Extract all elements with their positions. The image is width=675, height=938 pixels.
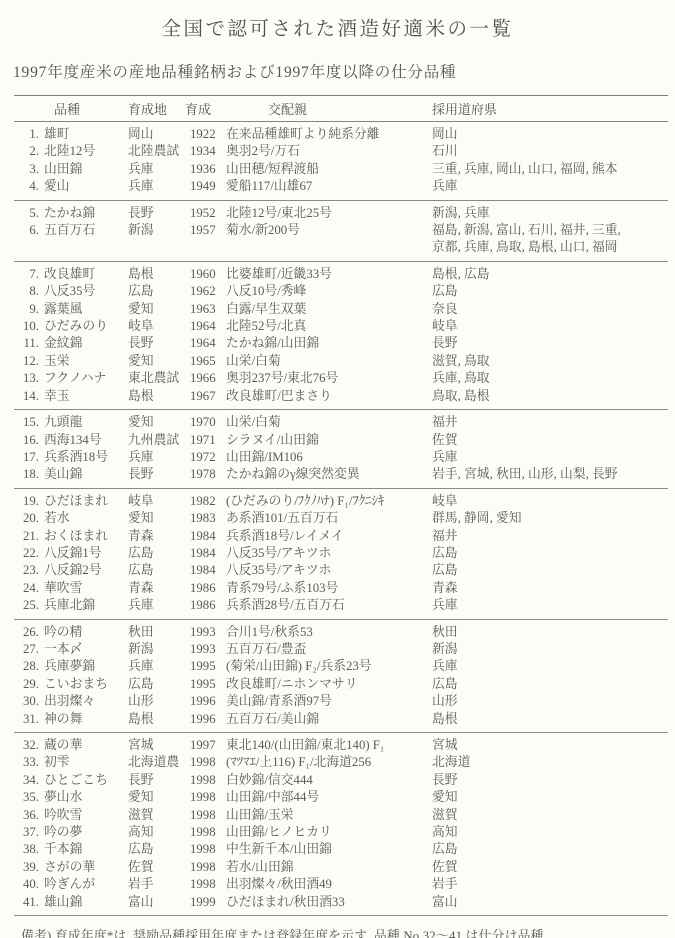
cell-name: 若水: [42, 510, 128, 527]
cell-parents: 八反35号/アキツホ: [226, 545, 432, 562]
cell-name: 兵系酒18号: [42, 449, 128, 466]
cell-name: 露葉風: [42, 301, 128, 318]
cell-name: 神の舞: [42, 711, 128, 728]
table-row: 11.金紋錦長野1964たかね錦/山田錦長野: [14, 335, 668, 352]
cell-prefectures: 島根: [432, 711, 668, 728]
cell-year: 1967: [190, 388, 226, 405]
cell-origin: 北海道農: [128, 754, 190, 771]
cell-prefectures: 北海道: [432, 754, 668, 771]
cell-year: 1996: [190, 711, 226, 728]
cell-year: 1998: [190, 876, 226, 893]
cell-parents: 出羽燦々/秋田酒49: [226, 876, 432, 893]
row-group-7: 32.蔵の華宮城1997東北140/(山田錦/東北140) F₁宮城33.初雫北…: [14, 733, 668, 916]
cell-prefectures: 島根, 広島: [432, 266, 668, 283]
cell-prefectures: 広島: [432, 676, 668, 693]
cell-no: 2.: [14, 143, 42, 160]
cell-prefectures: 富山: [432, 894, 668, 911]
table-row: 22.八反錦1号広島1984八反35号/アキツホ広島: [14, 545, 668, 562]
cell-parents: (ﾏﾂﾏｴ/上116) F₁/北海道256: [226, 754, 432, 771]
cell-prefectures: 岩手, 宮城, 秋田, 山形, 山梨, 長野: [432, 466, 668, 483]
rice-variety-table: 品種 育成地 育成 交配親 採用道府県 1.雄町岡山1922在来品種雄町より純系…: [14, 95, 668, 916]
row-group-4: 15.九頭龍愛知1970山栄/白菊福井16.西海134号九州農試1971シラヌイ…: [14, 410, 668, 489]
cell-year: 1978: [190, 466, 226, 483]
cell-year: 1960: [190, 266, 226, 283]
cell-year: 1984: [190, 545, 226, 562]
cell-year: 1957: [190, 222, 226, 257]
cell-origin: 東北農試: [128, 370, 190, 387]
cell-prefectures: 佐賀: [432, 432, 668, 449]
table-row: 38.千本錦広島1998中生新千本/山田錦広島: [14, 841, 668, 858]
cell-name: 夢山水: [42, 789, 128, 806]
cell-origin: 兵庫: [128, 597, 190, 614]
cell-year: 1999: [190, 894, 226, 911]
cell-name: 金紋錦: [42, 335, 128, 352]
cell-year: 1998: [190, 772, 226, 789]
cell-no: 21.: [14, 528, 42, 545]
row-group-2: 5.たかね錦長野1952北陸12号/東北25号新潟, 兵庫6.五百万石新潟195…: [14, 201, 668, 262]
cell-no: 38.: [14, 841, 42, 858]
table-row: 12.玉栄愛知1965山栄/白菊滋賀, 鳥取: [14, 353, 668, 370]
col-header-variety: 品種: [14, 99, 128, 118]
cell-origin: 愛知: [128, 789, 190, 806]
cell-prefectures: 福井: [432, 414, 668, 431]
cell-name: 改良雄町: [42, 266, 128, 283]
cell-year: 1964: [190, 318, 226, 335]
col-header-prefectures: 採用道府県: [432, 99, 668, 118]
table-row: 13.フクノハナ東北農試1966奥羽237号/東北76号兵庫, 鳥取: [14, 370, 668, 387]
table-row: 8.八反35号広島1962八反10号/秀峰広島: [14, 283, 668, 300]
cell-year: 1993: [190, 624, 226, 641]
table-row: 1.雄町岡山1922在来品種雄町より純系分離岡山: [14, 126, 668, 143]
document-page: 全国で認可された酒造好適米の一覧 1997年度産米の産地品種銘柄および1997年…: [0, 0, 675, 938]
cell-prefectures: 新潟, 兵庫: [432, 205, 668, 222]
cell-parents: 若水/山田錦: [226, 859, 432, 876]
cell-parents: 菊水/新200号: [226, 222, 432, 257]
table-row: 27.一本〆新潟1993五百万石/豊盃新潟: [14, 641, 668, 658]
cell-name: 兵庫夢錦: [42, 658, 128, 675]
table-row: 32.蔵の華宮城1997東北140/(山田錦/東北140) F₁宮城: [14, 737, 668, 754]
cell-origin: 兵庫: [128, 161, 190, 178]
cell-prefectures: 兵庫: [432, 658, 668, 675]
cell-name: こいおまち: [42, 676, 128, 693]
cell-origin: 愛知: [128, 510, 190, 527]
cell-name: 愛山: [42, 178, 128, 195]
cell-prefectures: 広島: [432, 841, 668, 858]
cell-prefectures: 新潟: [432, 641, 668, 658]
cell-year: 1984: [190, 528, 226, 545]
page-title: 全国で認可された酒造好適米の一覧: [0, 0, 675, 41]
cell-name: ひだほまれ: [42, 493, 128, 510]
table-row: 5.たかね錦長野1952北陸12号/東北25号新潟, 兵庫: [14, 205, 668, 222]
cell-no: 24.: [14, 580, 42, 597]
cell-parents: (菊栄/山田錦) F₂/兵系23号: [226, 658, 432, 675]
cell-prefectures: 滋賀, 鳥取: [432, 353, 668, 370]
cell-no: 25.: [14, 597, 42, 614]
table-row: 16.西海134号九州農試1971シラヌイ/山田錦佐賀: [14, 432, 668, 449]
row-group-3: 7.改良雄町島根1960比婆雄町/近畿33号島根, 広島8.八反35号広島196…: [14, 262, 668, 410]
cell-parents: 在来品種雄町より純系分離: [226, 126, 432, 143]
table-row: 39.さがの華佐賀1998若水/山田錦佐賀: [14, 859, 668, 876]
cell-origin: 北陸農試: [128, 143, 190, 160]
footnote: 備考) 育成年度*は, 奨励品種採用年度または登録年度を示す. 品種 No 32…: [21, 925, 675, 938]
cell-year: 1971: [190, 432, 226, 449]
col-header-parents: 交配親: [226, 99, 432, 118]
cell-origin: 長野: [128, 335, 190, 352]
cell-year: 1998: [190, 841, 226, 858]
cell-prefectures: 長野: [432, 772, 668, 789]
cell-year: 1964: [190, 335, 226, 352]
cell-name: 華吹雪: [42, 580, 128, 597]
cell-origin: 青森: [128, 580, 190, 597]
cell-year: 1962: [190, 283, 226, 300]
table-row: 30.出羽燦々山形1996美山錦/青系酒97号山形: [14, 693, 668, 710]
cell-parents: 兵系酒28号/五百万石: [226, 597, 432, 614]
table-row: 19.ひだほまれ岐阜1982(ひだみのり/ﾌｸﾉﾊﾅ) F₁/ﾌｸﾆｼｷ岐阜: [14, 493, 668, 510]
cell-origin: 滋賀: [128, 807, 190, 824]
table-row: 31.神の舞島根1996五百万石/美山錦島根: [14, 711, 668, 728]
table-row: 3.山田錦兵庫1936山田穂/短稈渡船三重, 兵庫, 岡山, 山口, 福岡, 熊…: [14, 161, 668, 178]
cell-parents: あ系酒101/五百万石: [226, 510, 432, 527]
cell-parents: 山田錦/ヒノヒカリ: [226, 824, 432, 841]
cell-no: 10.: [14, 318, 42, 335]
table-row: 7.改良雄町島根1960比婆雄町/近畿33号島根, 広島: [14, 266, 668, 283]
cell-parents: ひだほまれ/秋田酒33: [226, 894, 432, 911]
col-header-year: 育成: [185, 99, 226, 118]
cell-prefectures: 愛知: [432, 789, 668, 806]
cell-origin: 岡山: [128, 126, 190, 143]
table-row: 33.初雫北海道農1998(ﾏﾂﾏｴ/上116) F₁/北海道256北海道: [14, 754, 668, 771]
cell-parents: 山田錦/中部44号: [226, 789, 432, 806]
cell-origin: 新潟: [128, 641, 190, 658]
cell-parents: 五百万石/豊盃: [226, 641, 432, 658]
table-row: 20.若水愛知1983あ系酒101/五百万石群馬, 静岡, 愛知: [14, 510, 668, 527]
cell-year: 1966: [190, 370, 226, 387]
cell-origin: 広島: [128, 841, 190, 858]
cell-year: 1936: [190, 161, 226, 178]
cell-name: ひとごこち: [42, 772, 128, 789]
cell-origin: 青森: [128, 528, 190, 545]
cell-parents: 山田錦/IM106: [226, 449, 432, 466]
cell-origin: 愛知: [128, 353, 190, 370]
table-row: 25.兵庫北錦兵庫1986兵系酒28号/五百万石兵庫: [14, 597, 668, 614]
cell-parents: たかね錦/山田錦: [226, 335, 432, 352]
cell-name: 出羽燦々: [42, 693, 128, 710]
cell-parents: 八反35号/アキツホ: [226, 562, 432, 579]
cell-parents: 中生新千本/山田錦: [226, 841, 432, 858]
table-row: 2.北陸12号北陸農試1934奥羽2号/万石石川: [14, 143, 668, 160]
cell-origin: 愛知: [128, 414, 190, 431]
cell-no: 22.: [14, 545, 42, 562]
cell-no: 34.: [14, 772, 42, 789]
table-row: 28.兵庫夢錦兵庫1995(菊栄/山田錦) F₂/兵系23号兵庫: [14, 658, 668, 675]
cell-no: 36.: [14, 807, 42, 824]
cell-name: 八反錦2号: [42, 562, 128, 579]
cell-no: 39.: [14, 859, 42, 876]
cell-prefectures: 岐阜: [432, 318, 668, 335]
cell-parents: 北陸52号/北真: [226, 318, 432, 335]
cell-no: 18.: [14, 466, 42, 483]
cell-origin: 秋田: [128, 624, 190, 641]
row-group-6: 26.吟の精秋田1993合川1号/秋系53秋田27.一本〆新潟1993五百万石/…: [14, 620, 668, 733]
cell-origin: 岐阜: [128, 493, 190, 510]
cell-parents: 山栄/白菊: [226, 414, 432, 431]
cell-prefectures: 福島, 新潟, 富山, 石川, 福井, 三重, 京都, 兵庫, 鳥取, 島根, …: [432, 222, 668, 257]
cell-parents: たかね錦のγ線突然変異: [226, 466, 432, 483]
cell-origin: 九州農試: [128, 432, 190, 449]
cell-name: 兵庫北錦: [42, 597, 128, 614]
cell-prefectures: 佐賀: [432, 859, 668, 876]
cell-no: 41.: [14, 894, 42, 911]
cell-prefectures: 石川: [432, 143, 668, 160]
cell-no: 5.: [14, 205, 42, 222]
cell-year: 1970: [190, 414, 226, 431]
cell-parents: シラヌイ/山田錦: [226, 432, 432, 449]
cell-parents: 山田錦/玉栄: [226, 807, 432, 824]
table-row: 23.八反錦2号広島1984八反35号/アキツホ広島: [14, 562, 668, 579]
cell-parents: 北陸12号/東北25号: [226, 205, 432, 222]
cell-no: 11.: [14, 335, 42, 352]
cell-no: 16.: [14, 432, 42, 449]
cell-name: 九頭龍: [42, 414, 128, 431]
cell-no: 6.: [14, 222, 42, 257]
cell-prefectures: 兵庫: [432, 597, 668, 614]
cell-prefectures: 兵庫: [432, 449, 668, 466]
table-row: 26.吟の精秋田1993合川1号/秋系53秋田: [14, 624, 668, 641]
table-row: 41.雄山錦富山1999ひだほまれ/秋田酒33富山: [14, 894, 668, 911]
cell-prefectures: 群馬, 静岡, 愛知: [432, 510, 668, 527]
cell-name: 山田錦: [42, 161, 128, 178]
cell-year: 1972: [190, 449, 226, 466]
table-row: 17.兵系酒18号兵庫1972山田錦/IM106兵庫: [14, 449, 668, 466]
cell-prefectures: 岡山: [432, 126, 668, 143]
table-body: 1.雄町岡山1922在来品種雄町より純系分離岡山2.北陸12号北陸農試1934奥…: [14, 122, 668, 916]
table-row: 36.吟吹雪滋賀1998山田錦/玉栄滋賀: [14, 807, 668, 824]
cell-no: 17.: [14, 449, 42, 466]
table-row: 35.夢山水愛知1998山田錦/中部44号愛知: [14, 789, 668, 806]
table-row: 24.華吹雪青森1986青系79号/ふ系103号青森: [14, 580, 668, 597]
cell-prefectures: 岐阜: [432, 493, 668, 510]
cell-no: 14.: [14, 388, 42, 405]
cell-year: 1984: [190, 562, 226, 579]
cell-no: 23.: [14, 562, 42, 579]
cell-no: 31.: [14, 711, 42, 728]
cell-name: 八反35号: [42, 283, 128, 300]
cell-prefectures: 奈良: [432, 301, 668, 318]
cell-name: 吟の夢: [42, 824, 128, 841]
table-row: 14.幸玉島根1967改良雄町/巴まさり鳥取, 島根: [14, 388, 668, 405]
cell-year: 1993: [190, 641, 226, 658]
cell-origin: 宮城: [128, 737, 190, 754]
cell-origin: 長野: [128, 466, 190, 483]
cell-parents: 八反10号/秀峰: [226, 283, 432, 300]
cell-no: 9.: [14, 301, 42, 318]
cell-parents: 山田穂/短稈渡船: [226, 161, 432, 178]
cell-origin: 兵庫: [128, 658, 190, 675]
cell-name: 幸玉: [42, 388, 128, 405]
cell-year: 1998: [190, 859, 226, 876]
cell-parents: 改良雄町/巴まさり: [226, 388, 432, 405]
cell-name: ひだみのり: [42, 318, 128, 335]
cell-year: 1998: [190, 789, 226, 806]
cell-name: 美山錦: [42, 466, 128, 483]
cell-year: 1998: [190, 807, 226, 824]
col-header-origin: 育成地: [128, 99, 190, 118]
cell-prefectures: 高知: [432, 824, 668, 841]
cell-name: たかね錦: [42, 205, 128, 222]
cell-prefectures: 秋田: [432, 624, 668, 641]
cell-parents: 東北140/(山田錦/東北140) F₁: [226, 737, 432, 754]
cell-parents: 愛船117/山雄67: [226, 178, 432, 195]
cell-prefectures: 三重, 兵庫, 岡山, 山口, 福岡, 熊本: [432, 161, 668, 178]
cell-prefectures: 福井: [432, 528, 668, 545]
cell-no: 30.: [14, 693, 42, 710]
cell-parents: 五百万石/美山錦: [226, 711, 432, 728]
cell-no: 33.: [14, 754, 42, 771]
table-header-row: 品種 育成地 育成 交配親 採用道府県: [14, 96, 668, 122]
cell-no: 20.: [14, 510, 42, 527]
cell-name: 雄山錦: [42, 894, 128, 911]
cell-no: 32.: [14, 737, 42, 754]
cell-parents: 美山錦/青系酒97号: [226, 693, 432, 710]
table-row: 34.ひとごこち長野1998白妙錦/信交444長野: [14, 772, 668, 789]
cell-name: 玉栄: [42, 353, 128, 370]
cell-parents: 兵系酒18号/レイメイ: [226, 528, 432, 545]
cell-no: 8.: [14, 283, 42, 300]
cell-year: 1998: [190, 754, 226, 771]
table-row: 6.五百万石新潟1957菊水/新200号福島, 新潟, 富山, 石川, 福井, …: [14, 222, 668, 257]
table-row: 9.露葉風愛知1963白露/早生双葉奈良: [14, 301, 668, 318]
cell-no: 4.: [14, 178, 42, 195]
cell-prefectures: 宮城: [432, 737, 668, 754]
cell-origin: 島根: [128, 266, 190, 283]
cell-year: 1952: [190, 205, 226, 222]
cell-year: 1934: [190, 143, 226, 160]
cell-origin: 広島: [128, 283, 190, 300]
cell-no: 12.: [14, 353, 42, 370]
cell-origin: 岩手: [128, 876, 190, 893]
cell-no: 27.: [14, 641, 42, 658]
cell-origin: 島根: [128, 711, 190, 728]
cell-no: 28.: [14, 658, 42, 675]
cell-origin: 長野: [128, 772, 190, 789]
table-row: 37.吟の夢高知1998山田錦/ヒノヒカリ高知: [14, 824, 668, 841]
cell-name: おくほまれ: [42, 528, 128, 545]
row-group-5: 19.ひだほまれ岐阜1982(ひだみのり/ﾌｸﾉﾊﾅ) F₁/ﾌｸﾆｼｷ岐阜20…: [14, 489, 668, 620]
cell-year: 1995: [190, 658, 226, 675]
table-row: 10.ひだみのり岐阜1964北陸52号/北真岐阜: [14, 318, 668, 335]
cell-no: 26.: [14, 624, 42, 641]
cell-name: 吟吹雪: [42, 807, 128, 824]
cell-year: 1965: [190, 353, 226, 370]
cell-origin: 広島: [128, 562, 190, 579]
cell-name: 蔵の華: [42, 737, 128, 754]
table-row: 18.美山錦長野1978たかね錦のγ線突然変異岩手, 宮城, 秋田, 山形, 山…: [14, 466, 668, 483]
cell-year: 1986: [190, 597, 226, 614]
cell-name: 吟ぎんが: [42, 876, 128, 893]
cell-no: 19.: [14, 493, 42, 510]
cell-year: 1982: [190, 493, 226, 510]
cell-parents: 奥羽237号/東北76号: [226, 370, 432, 387]
cell-parents: 白露/早生双葉: [226, 301, 432, 318]
cell-origin: 新潟: [128, 222, 190, 257]
cell-name: 千本錦: [42, 841, 128, 858]
cell-prefectures: 滋賀: [432, 807, 668, 824]
cell-parents: 山栄/白菊: [226, 353, 432, 370]
cell-no: 40.: [14, 876, 42, 893]
cell-no: 15.: [14, 414, 42, 431]
cell-name: 初雫: [42, 754, 128, 771]
cell-prefectures: 岩手: [432, 876, 668, 893]
cell-name: さがの華: [42, 859, 128, 876]
cell-no: 13.: [14, 370, 42, 387]
cell-year: 1996: [190, 693, 226, 710]
cell-year: 1922: [190, 126, 226, 143]
cell-origin: 高知: [128, 824, 190, 841]
cell-no: 3.: [14, 161, 42, 178]
cell-prefectures: 長野: [432, 335, 668, 352]
cell-name: 吟の精: [42, 624, 128, 641]
cell-prefectures: 鳥取, 島根: [432, 388, 668, 405]
row-group-1: 1.雄町岡山1922在来品種雄町より純系分離岡山2.北陸12号北陸農試1934奥…: [14, 122, 668, 201]
cell-no: 29.: [14, 676, 42, 693]
cell-year: 1997: [190, 737, 226, 754]
cell-year: 1949: [190, 178, 226, 195]
table-row: 40.吟ぎんが岩手1998出羽燦々/秋田酒49岩手: [14, 876, 668, 893]
cell-no: 1.: [14, 126, 42, 143]
cell-origin: 広島: [128, 676, 190, 693]
cell-prefectures: 広島: [432, 562, 668, 579]
cell-name: 一本〆: [42, 641, 128, 658]
cell-origin: 長野: [128, 205, 190, 222]
cell-origin: 愛知: [128, 301, 190, 318]
cell-prefectures: 兵庫, 鳥取: [432, 370, 668, 387]
table-row: 4.愛山兵庫1949愛船117/山雄67兵庫: [14, 178, 668, 195]
cell-name: 八反錦1号: [42, 545, 128, 562]
cell-parents: 改良雄町/ニホンマサリ: [226, 676, 432, 693]
cell-year: 1995: [190, 676, 226, 693]
cell-prefectures: 青森: [432, 580, 668, 597]
cell-prefectures: 山形: [432, 693, 668, 710]
cell-no: 35.: [14, 789, 42, 806]
cell-origin: 兵庫: [128, 178, 190, 195]
cell-name: 雄町: [42, 126, 128, 143]
table-row: 29.こいおまち広島1995改良雄町/ニホンマサリ広島: [14, 676, 668, 693]
cell-prefectures: 兵庫: [432, 178, 668, 195]
cell-name: 北陸12号: [42, 143, 128, 160]
cell-year: 1983: [190, 510, 226, 527]
cell-parents: 合川1号/秋系53: [226, 624, 432, 641]
cell-name: 五百万石: [42, 222, 128, 257]
cell-origin: 岐阜: [128, 318, 190, 335]
cell-no: 7.: [14, 266, 42, 283]
page-subtitle: 1997年度産米の産地品種銘柄および1997年度以降の仕分品種: [13, 60, 675, 82]
cell-parents: 青系79号/ふ系103号: [226, 580, 432, 597]
table-row: 15.九頭龍愛知1970山栄/白菊福井: [14, 414, 668, 431]
cell-origin: 広島: [128, 545, 190, 562]
cell-origin: 島根: [128, 388, 190, 405]
cell-origin: 兵庫: [128, 449, 190, 466]
cell-parents: (ひだみのり/ﾌｸﾉﾊﾅ) F₁/ﾌｸﾆｼｷ: [226, 493, 432, 510]
cell-no: 37.: [14, 824, 42, 841]
cell-origin: 佐賀: [128, 859, 190, 876]
cell-name: フクノハナ: [42, 370, 128, 387]
cell-parents: 白妙錦/信交444: [226, 772, 432, 789]
cell-origin: 富山: [128, 894, 190, 911]
cell-name: 西海134号: [42, 432, 128, 449]
table-row: 21.おくほまれ青森1984兵系酒18号/レイメイ福井: [14, 528, 668, 545]
cell-prefectures: 広島: [432, 283, 668, 300]
cell-year: 1998: [190, 824, 226, 841]
